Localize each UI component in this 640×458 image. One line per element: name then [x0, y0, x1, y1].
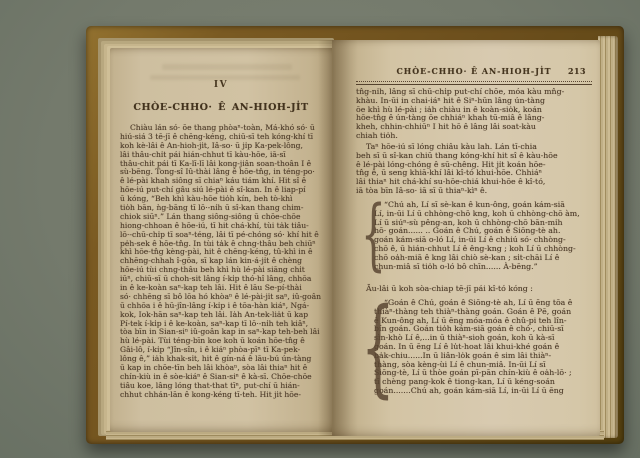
left-page: IV CHÒE-CHHO· Ê AN-HIOH-JI̍T Chiàu lán s…	[110, 48, 332, 432]
prayer-2-lines: “Goán ê Chú, goán ê Siōng-tè ah, Lí ū ēn…	[374, 299, 598, 396]
page-edges-right	[598, 36, 618, 438]
chapter-number: IV	[110, 80, 332, 90]
left-brace-icon: {	[361, 199, 386, 271]
chapter-title: CHÒE-CHHO· Ê AN-HIOH-JI̍T	[110, 102, 332, 113]
photo-background: IV CHÒE-CHHO· Ê AN-HIOH-JI̍T Chiàu lán s…	[0, 0, 640, 458]
prayer-1-lines: “Chú ah, Lí sī sè-kan ê kun-ông, goán ká…	[374, 201, 598, 271]
prayer-block-1: { “Chú ah, Lí sī sè-kan ê kun-ông, goán …	[374, 201, 598, 271]
right-page-paragraph-1: tn̂g-ni̍h, lâng sī chū-chi̍p put-chí chō…	[356, 88, 596, 141]
header-rule	[356, 81, 592, 86]
text-line: chhut chhán-lān ê kong-kéng tī-teh. Hit …	[120, 391, 326, 400]
running-header-title: CHÒE-CHHO· Ê AN-HIOH-JI̍T	[396, 67, 551, 76]
text-line: goán.......Chú ah, goán kám-siā Lí, in-ū…	[374, 387, 598, 396]
text-line: chiah tio̍h.	[356, 132, 596, 141]
text-line: chun-miâ sī tio̍h o-ló bô chīn...... À-b…	[374, 263, 598, 272]
text-line: iā tòa bīn Iâ-so· iā sī ū thiaⁿ-kìⁿ ê.	[356, 187, 596, 196]
left-page-body: Chiàu lán só· ōe thang phòaⁿ-toàn, Má-kh…	[120, 124, 326, 400]
right-page: CHÒE-CHHO· Ê AN-HIOH-JI̍T 213 tn̂g-ni̍h,…	[332, 40, 600, 436]
right-page-paragraph-2: Taⁿ hōe-iú sī lóng chiâu kàu lah. Lán tī…	[356, 143, 596, 196]
running-header: CHÒE-CHHO· Ê AN-HIOH-JI̍T 213	[356, 67, 592, 78]
page-number: 213	[568, 67, 586, 76]
left-brace-icon: {	[361, 297, 395, 396]
prayer-block-2: { “Goán ê Chú, goán ê Siōng-tè ah, Lí ū …	[374, 299, 598, 396]
bleedthrough-mark	[162, 64, 292, 70]
